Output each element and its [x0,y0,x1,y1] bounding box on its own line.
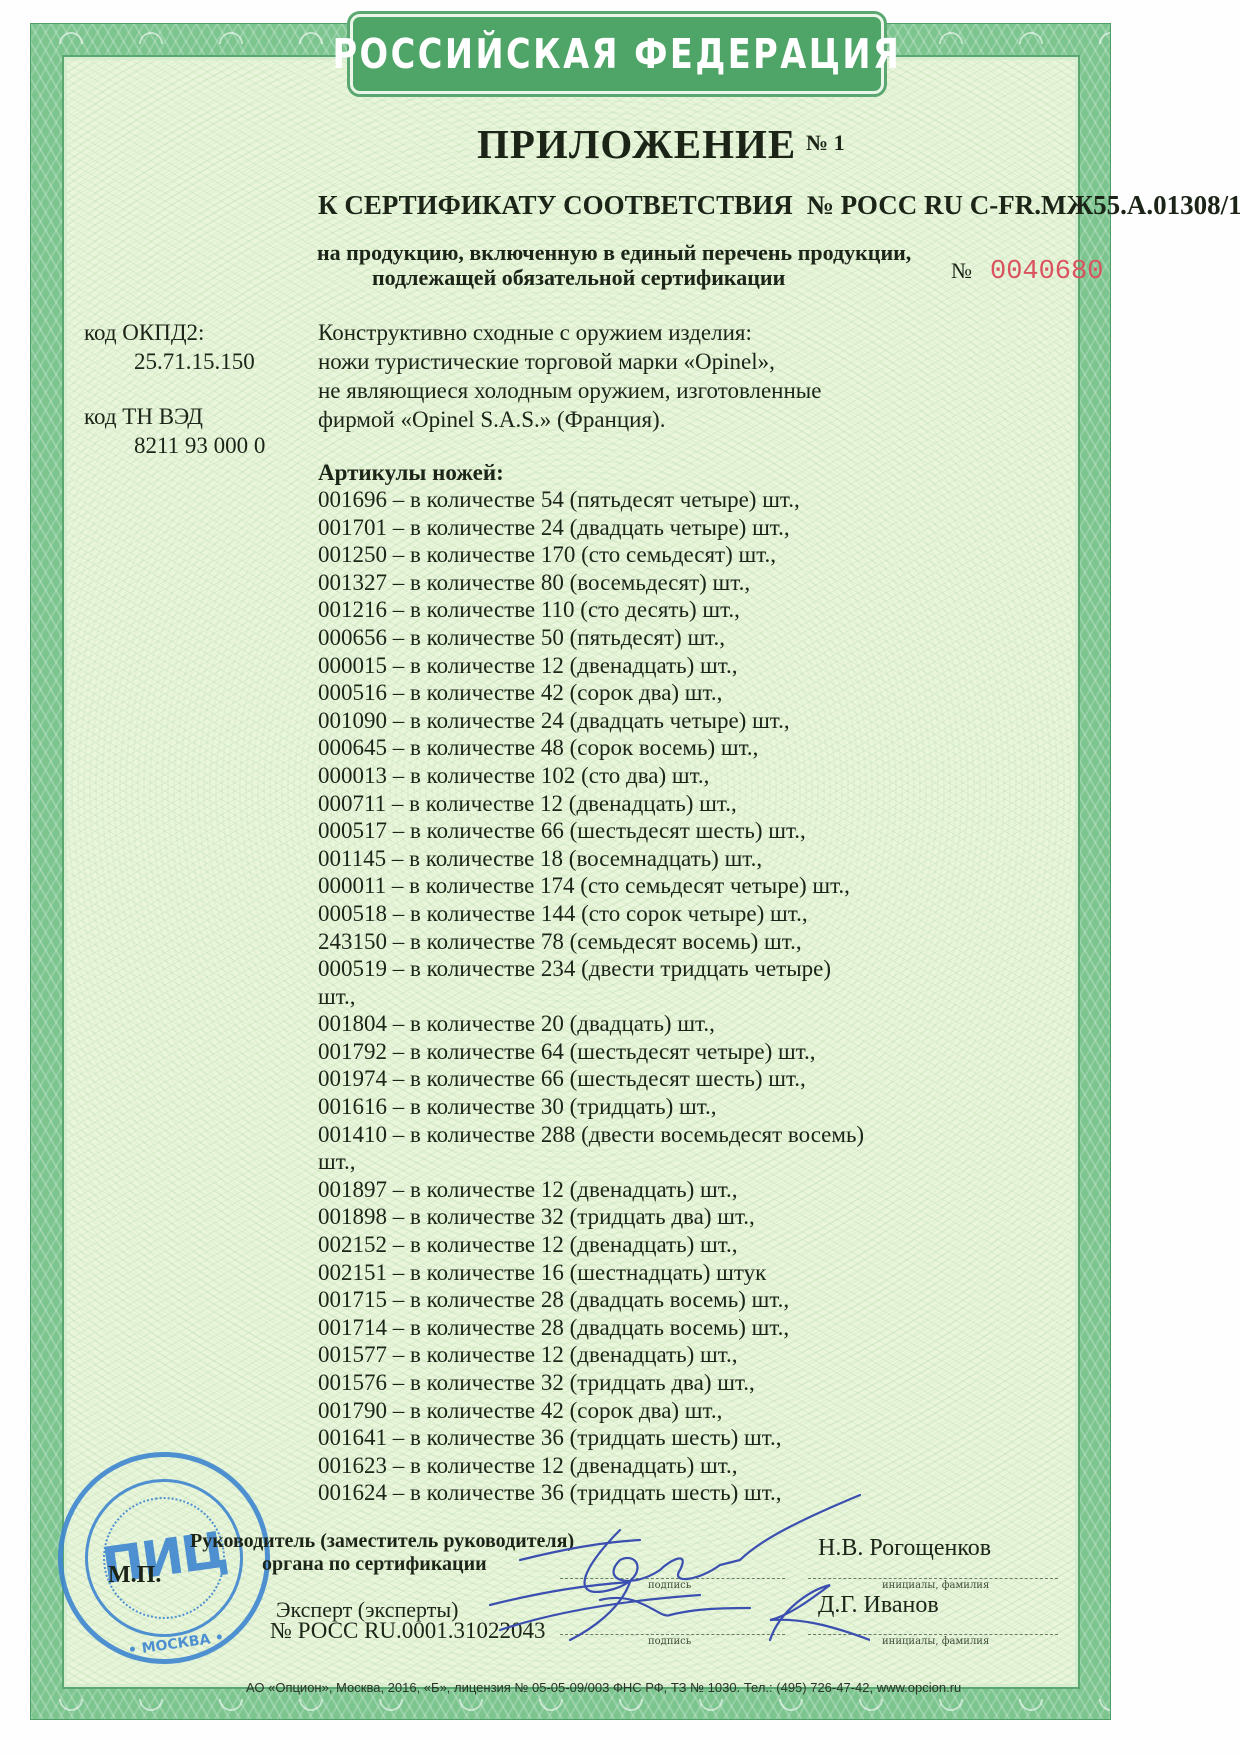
list-item: 000011 – в количестве 174 (сто семьдесят… [318,872,864,900]
list-item: 001577 – в количестве 12 (двенадцать) шт… [318,1341,864,1369]
list-item: 000015 – в количестве 12 (двенадцать) шт… [318,652,864,680]
list-item: шт., [318,983,864,1011]
serial-number: 0040680 [990,257,1103,287]
expert-name-line [808,1634,1058,1635]
list-item: 001696 – в количестве 54 (пятьдесят четы… [318,486,864,514]
expert-number: № РОСС RU.0001.31022043 [270,1618,546,1644]
list-item: 001714 – в количестве 28 (двадцать восем… [318,1314,864,1342]
subtitle-line-2: подлежащей обязательной сертификации [372,265,785,291]
tnved-value: 8211 93 000 0 [84,431,265,460]
list-item: 001804 – в количестве 20 (двадцать) шт., [318,1010,864,1038]
head-signature-line [560,1578,785,1579]
head-role-line-1: Руководитель (заместитель руководителя) [190,1530,574,1553]
head-name: Н.В. Рогощенков [818,1535,991,1562]
list-item: 001327 – в количестве 80 (восемьдесят) ш… [318,569,864,597]
list-item: 001576 – в количестве 32 (тридцать два) … [318,1369,864,1397]
list-item: 001715 – в количестве 28 (двадцать восем… [318,1286,864,1314]
okpd2-value: 25.71.15.150 [84,347,265,376]
list-item: 000519 – в количестве 234 (двести тридца… [318,955,864,983]
list-item: 001624 – в количестве 36 (тридцать шесть… [318,1479,864,1507]
appendix-number: № 1 [806,130,845,156]
certificate-label: К СЕРТИФИКАТУ СООТВЕТСТВИЯ [318,190,793,220]
subtitle-line-1: на продукцию, включенную в единый перече… [317,240,911,266]
list-item: 000516 – в количестве 42 (сорок два) шт.… [318,679,864,707]
list-item: 001145 – в количестве 18 (восемнадцать) … [318,845,864,873]
certificate-number: № РОСС RU C-FR.МЖ55.А.01308/19 [807,190,1240,220]
expert-signature-line [560,1634,785,1635]
list-item: 002151 – в количестве 16 (шестнадцать) ш… [318,1259,864,1287]
expert-name: Д.Г. Иванов [818,1592,939,1619]
list-item: 001623 – в количестве 12 (двенадцать) шт… [318,1452,864,1480]
country-banner: РОССИЙСКАЯ ФЕДЕРАЦИЯ [350,14,884,94]
list-item: 243150 – в количестве 78 (семьдесят восе… [318,928,864,956]
okpd2-label: код ОКПД2: [84,318,265,347]
head-name-caption: инициалы, фамилия [882,1580,989,1591]
classification-codes: код ОКПД2: 25.71.15.150 код ТН ВЭД 8211 … [84,318,265,460]
list-item: 001898 – в количестве 32 (тридцать два) … [318,1203,864,1231]
product-description: Конструктивно сходные с оружием изделия:… [318,318,821,434]
head-name-line [808,1578,1058,1579]
printer-imprint: АО «Опцион», Москва, 2016, «Б», лицензия… [246,1680,961,1695]
list-item: 000013 – в количестве 102 (сто два) шт., [318,762,864,790]
list-item: 001792 – в количестве 64 (шестьдесят чет… [318,1038,864,1066]
certificate-reference: К СЕРТИФИКАТУ СООТВЕТСТВИЯ№ РОСС RU C-FR… [318,190,1240,221]
stamp-place-mark: М.П. [108,1562,161,1589]
list-item: 000645 – в количестве 48 (сорок восемь) … [318,734,864,762]
list-item: 000656 – в количестве 50 (пятьдесят) шт.… [318,624,864,652]
head-signature-caption: подпись [648,1580,691,1591]
list-item: 001897 – в количестве 12 (двенадцать) шт… [318,1176,864,1204]
list-item: 000711 – в количестве 12 (двенадцать) шт… [318,790,864,818]
head-role-line-2: органа по сертификации [262,1553,487,1576]
serial-label: № [951,258,972,284]
items-heading: Артикулы ножей: [318,460,504,486]
list-item: 001090 – в количестве 24 (двадцать четыр… [318,707,864,735]
tnved-label: код ТН ВЭД [84,402,265,431]
list-item: 002152 – в количестве 12 (двенадцать) шт… [318,1231,864,1259]
items-list: 001696 – в количестве 54 (пятьдесят четы… [318,486,864,1507]
border-ornament-bottom [31,1699,1110,1715]
expert-name-caption: инициалы, фамилия [882,1636,989,1647]
description-line: Конструктивно сходные с оружием изделия: [318,318,821,347]
list-item: 000517 – в количестве 66 (шестьдесят шес… [318,817,864,845]
description-line: не являющиеся холодным оружием, изготовл… [318,376,821,405]
expert-signature-caption: подпись [648,1636,691,1647]
list-item: 001701 – в количестве 24 (двадцать четыр… [318,514,864,542]
description-line: ножи туристические торговой марки «Opine… [318,347,821,376]
list-item: 001641 – в количестве 36 (тридцать шесть… [318,1424,864,1452]
list-item: 001790 – в количестве 42 (сорок два) шт.… [318,1397,864,1425]
list-item: 001250 – в количестве 170 (сто семьдесят… [318,541,864,569]
list-item: 001974 – в количестве 66 (шестьдесят шес… [318,1065,864,1093]
list-item: шт., [318,1148,864,1176]
list-item: 001216 – в количестве 110 (сто десять) ш… [318,596,864,624]
list-item: 000518 – в количестве 144 (сто сорок чет… [318,900,864,928]
page-title: ПРИЛОЖЕНИЕ [477,120,796,168]
description-line: фирмой «Opinel S.A.S.» (Франция). [318,405,821,434]
country-banner-text: РОССИЙСКАЯ ФЕДЕРАЦИЯ [333,30,902,78]
list-item: 001410 – в количестве 288 (двести восемь… [318,1121,864,1149]
list-item: 001616 – в количестве 30 (тридцать) шт., [318,1093,864,1121]
